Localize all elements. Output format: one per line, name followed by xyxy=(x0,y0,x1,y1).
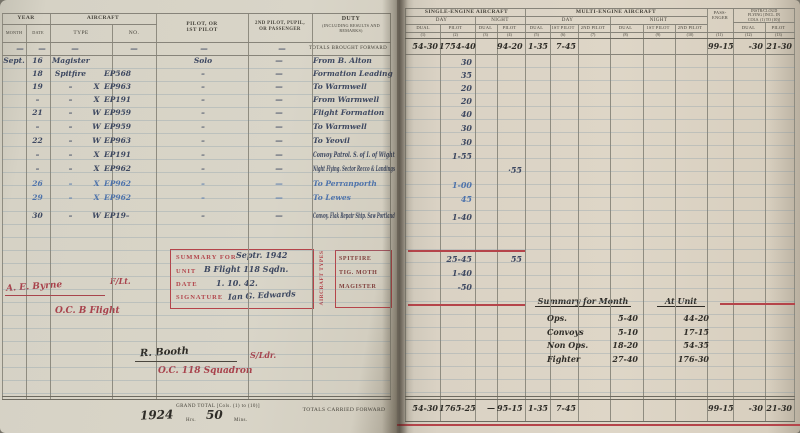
entry-second-pilot: — xyxy=(250,180,308,189)
entry-duty: To Warmwell xyxy=(313,83,395,92)
grand-total-mins: 50 xyxy=(206,409,223,423)
flight-time-value: 1-55 xyxy=(439,152,472,161)
entry-aircraft-no: EP963 xyxy=(104,137,154,146)
aircraft-types-label-box: AIRCRAFT TYPES xyxy=(311,250,333,306)
month-summary-at-unit-value: 54-35 xyxy=(654,341,709,350)
column-number: (8) xyxy=(610,33,641,38)
ruling-line xyxy=(405,236,795,237)
type-summary-value: -50 xyxy=(439,283,472,292)
table-bottom-line xyxy=(2,396,391,397)
column-number: (1) xyxy=(408,33,438,38)
month-summary-label: Convoys xyxy=(547,328,593,337)
month-summary-value: 27-40 xyxy=(594,355,638,364)
summary-for-value: Septr. 1942 xyxy=(236,251,287,260)
entry-date: 21 xyxy=(27,109,48,118)
entry-second-pilot: — xyxy=(250,57,308,66)
totals-brought-forward-value: 99-15 xyxy=(708,42,731,51)
column-sub-label: 2ND PILOT xyxy=(578,25,608,30)
entry-aircraft-no: EP959 xyxy=(104,123,154,132)
flight-time-value: 35 xyxy=(439,71,472,80)
column-number: (9) xyxy=(643,33,673,38)
entry-duty: Convoy Patrol. S. of I. of Wight xyxy=(313,151,365,160)
entry-duty: Convoy. Flak Repair Ship. Saw Portland xyxy=(313,212,354,221)
month-summary-at-unit-value: 17-15 xyxy=(654,328,709,337)
entry-pilot: – xyxy=(160,123,246,132)
month-subheader: MONTH xyxy=(2,31,26,36)
ruling-line xyxy=(2,302,390,303)
aircraft-type-entry: SPITFIRE xyxy=(339,256,389,263)
entry-aircraft-no: EP19– xyxy=(104,212,154,221)
entry-second-pilot: — xyxy=(250,109,308,118)
column-sub-label: PILOT xyxy=(439,25,472,30)
year-header: YEAR xyxy=(2,15,50,21)
grid-hline xyxy=(733,22,795,23)
grid-vline xyxy=(765,22,766,422)
duty-subheader: (INCLUDING RESULTS AND REMARKS) xyxy=(312,24,390,34)
month-summary-label: Ops. xyxy=(547,314,593,323)
column-sub-label: PILOT xyxy=(765,25,792,30)
entry-aircraft-type: Magister xyxy=(52,57,89,66)
totals-brought-forward-value: 54-30 xyxy=(408,42,438,51)
column-sub-label: DUAL xyxy=(476,25,495,30)
entry-date: 26 xyxy=(27,180,48,189)
column-number: (3) xyxy=(476,33,495,38)
entry-date: 18 xyxy=(27,70,48,79)
entry-pilot: – xyxy=(160,109,246,118)
table-bottom-line xyxy=(405,399,795,400)
flight-time-value: 30 xyxy=(439,138,472,147)
squadron-commander-signature: R. Booth xyxy=(140,346,190,360)
grid-vline xyxy=(405,8,406,422)
me-day-header: DAY xyxy=(525,18,610,24)
totals-carried-forward-value: 7-45 xyxy=(550,404,576,413)
ruling-line xyxy=(2,224,390,225)
ruling-line xyxy=(405,210,795,211)
squadron-commander-rank: S/Ldr. xyxy=(250,351,276,360)
column-sub-label: PILOT xyxy=(497,25,522,30)
entry-aircraft-type: – xyxy=(52,137,89,146)
column-number: (6) xyxy=(550,33,576,38)
flight-time-value: ·55 xyxy=(497,166,522,175)
entry-second-pilot: — xyxy=(250,194,308,203)
table-bottom-line xyxy=(405,396,795,397)
entry-aircraft-no: EP568 xyxy=(104,70,154,79)
entry-duty: To Warmwell xyxy=(313,123,395,132)
se-night-header: NIGHT xyxy=(475,18,525,24)
entry-aircraft-letter: X xyxy=(90,96,103,105)
table-bottom-line xyxy=(2,399,391,400)
ruling-line xyxy=(405,171,795,172)
instr-cloud-flying-header: INSTR/CLOUD FLYING [INCL. IN COLS. (1) T… xyxy=(733,9,795,23)
entry-aircraft-no: EP959 xyxy=(104,109,154,118)
entry-aircraft-type: Spitfire xyxy=(52,70,89,79)
ruling-line xyxy=(405,392,795,393)
grid-hline xyxy=(405,54,795,55)
column-sub-label: 1ST PILOT xyxy=(550,25,576,30)
entry-aircraft-type: – xyxy=(52,165,89,174)
grand-total-hours: 1924 xyxy=(140,408,174,423)
entry-aircraft-no: EP962 xyxy=(104,165,154,174)
date-label: DATE xyxy=(176,281,198,288)
column-number: (10) xyxy=(675,33,705,38)
entry-aircraft-letter: X xyxy=(90,194,103,203)
grid-hline xyxy=(405,38,795,39)
month-summary-label: Fighter xyxy=(547,355,593,364)
entry-aircraft-letter: X xyxy=(90,165,103,174)
totals-carried-forward-value: — xyxy=(476,404,495,413)
totals-brought-forward-value: 21-30 xyxy=(765,42,792,51)
logbook-scan: YEAR MONTH DATE AIRCRAFT TYPE NO. PILOT,… xyxy=(0,0,800,433)
entry-second-pilot: — xyxy=(250,83,308,92)
entry-aircraft-no: EP962 xyxy=(104,180,154,189)
flight-time-value: 20 xyxy=(439,97,472,106)
totals-carried-forward-value: 54-30 xyxy=(408,404,438,413)
grid-hline xyxy=(405,16,707,17)
ruling-line xyxy=(2,315,390,316)
totals-carried-forward-value: 95-15 xyxy=(497,404,522,413)
unit-value: B Flight 118 Sqdn. xyxy=(204,265,288,274)
unit-label: UNIT xyxy=(176,268,196,275)
red-summary-line xyxy=(408,250,525,252)
totals-carried-forward-value: 21-30 xyxy=(765,404,792,413)
aircraft-types-label: AIRCRAFT TYPES xyxy=(319,251,325,306)
entry-pilot: – xyxy=(160,165,246,174)
logbook-right-page: SINGLE-ENGINE AIRCRAFT MULTI-ENGINE AIRC… xyxy=(397,0,800,433)
brought-forward-dash: — xyxy=(14,45,26,54)
entry-duty: Flight Formation xyxy=(313,109,395,118)
summary-for-label: SUMMARY FOR xyxy=(176,254,237,261)
totals-carried-forward-value: -30 xyxy=(734,404,763,413)
entry-second-pilot: — xyxy=(250,151,308,160)
ruling-line xyxy=(2,237,390,238)
type-subheader: TYPE xyxy=(50,30,112,36)
totals-carried-forward-label: TOTALS CARRIED FORWARD xyxy=(298,407,390,413)
column-number: (4) xyxy=(497,33,522,38)
entry-aircraft-type: – xyxy=(52,194,89,203)
entry-duty: To Lewes xyxy=(313,194,395,203)
red-summary-line xyxy=(408,304,525,306)
entry-aircraft-letter: W xyxy=(90,137,103,146)
entry-date: 30 xyxy=(27,212,48,221)
single-engine-header: SINGLE-ENGINE AIRCRAFT xyxy=(408,9,525,15)
second-pilot-header: 2ND PILOT, PUPIL, OR PASSENGER xyxy=(248,21,312,32)
entry-second-pilot: — xyxy=(250,70,308,79)
entry-aircraft-letter: X xyxy=(90,180,103,189)
ruling-line xyxy=(405,366,795,367)
ruling-line xyxy=(405,379,795,380)
aircraft-type-entry: TIG. MOTH xyxy=(339,270,389,277)
brought-forward-dash: — xyxy=(128,45,140,54)
totals-carried-forward-value: 1765-25 xyxy=(439,404,472,413)
entry-date: 29 xyxy=(27,194,48,203)
entry-aircraft-no: EP191 xyxy=(104,151,154,160)
entry-date: – xyxy=(27,151,48,160)
flight-time-value: 45 xyxy=(439,195,472,204)
me-night-header: NIGHT xyxy=(610,18,707,24)
month-summary-value: 18-20 xyxy=(594,341,638,350)
hrs-label: Hrs. xyxy=(186,418,196,424)
flight-commander-signature: A. E. Byrne xyxy=(6,280,63,294)
duty-header: DUTY xyxy=(312,16,390,23)
totals-carried-forward-value: 1-35 xyxy=(525,404,548,413)
month-summary-at-unit-value: 176-30 xyxy=(654,355,709,364)
flight-time-value: 30 xyxy=(439,124,472,133)
grid-vline xyxy=(525,8,526,422)
brought-forward-dash: — xyxy=(36,45,48,54)
entry-aircraft-letter: X xyxy=(90,83,103,92)
entry-date: – xyxy=(27,123,48,132)
date-value: 1. 10. 42. xyxy=(216,279,258,288)
entry-aircraft-type: – xyxy=(52,151,89,160)
entry-aircraft-no: EP191 xyxy=(104,96,154,105)
entry-aircraft-letter: W xyxy=(90,109,103,118)
type-summary-value: 25-45 xyxy=(439,255,472,264)
mins-label: Mins. xyxy=(234,418,248,424)
logbook-left-page: YEAR MONTH DATE AIRCRAFT TYPE NO. PILOT,… xyxy=(0,0,397,433)
column-number: (5) xyxy=(525,33,548,38)
grid-vline xyxy=(733,8,734,422)
entry-month: Sept. xyxy=(3,57,25,66)
entry-pilot: – xyxy=(160,70,246,79)
signature-underline xyxy=(135,361,237,362)
red-total-line xyxy=(397,424,800,426)
entry-second-pilot: — xyxy=(250,123,308,132)
month-summary-value: 5-10 xyxy=(594,328,638,337)
type-summary-value: 1-40 xyxy=(439,269,472,278)
totals-brought-forward-value: -30 xyxy=(734,42,763,51)
month-summary-value: 5-40 xyxy=(594,314,638,323)
entry-date: – xyxy=(27,96,48,105)
ruling-line xyxy=(2,250,390,251)
column-number: (11) xyxy=(708,33,731,38)
entry-aircraft-no: EP963 xyxy=(104,83,154,92)
flight-commander-rank: F/Lt. xyxy=(110,277,131,286)
type-summary-value: 55 xyxy=(497,255,522,264)
entry-pilot: – xyxy=(160,194,246,203)
ruling-line xyxy=(2,341,390,342)
column-sub-label: 1ST PILOT xyxy=(643,25,673,30)
column-number: (13) xyxy=(765,33,792,38)
ruling-line xyxy=(2,354,390,355)
totals-brought-forward-value: 1-35 xyxy=(525,42,548,51)
totals-brought-forward-value: 1754-40 xyxy=(439,42,472,51)
entry-second-pilot: — xyxy=(250,96,308,105)
signature-label: SIGNATURE xyxy=(176,294,223,301)
red-summary-line xyxy=(720,303,795,305)
flight-time-value: 40 xyxy=(439,110,472,119)
entry-aircraft-type: – xyxy=(52,123,89,132)
entry-aircraft-no: EP962 xyxy=(104,194,154,203)
brought-forward-dash: — xyxy=(69,45,81,54)
entry-duty: To Yeovil xyxy=(313,137,395,146)
ruling-line xyxy=(2,393,390,394)
entry-aircraft-type: – xyxy=(52,83,89,92)
month-summary-label: Non Ops. xyxy=(547,341,593,350)
month-summary-at-unit-value: 44-20 xyxy=(654,314,709,323)
entry-duty: Formation Leading xyxy=(313,70,395,79)
date-subheader: DATE xyxy=(26,31,50,36)
grid-hline xyxy=(2,13,391,14)
grid-vline xyxy=(475,16,476,422)
ruling-line xyxy=(2,146,390,147)
entry-pilot: – xyxy=(160,151,246,160)
entry-aircraft-type: – xyxy=(52,109,89,118)
ruling-line xyxy=(2,120,390,121)
brought-forward-dash: — xyxy=(198,45,210,54)
totals-brought-forward-value: 94-20 xyxy=(497,42,522,51)
entry-aircraft-type: – xyxy=(52,212,89,221)
pilot-header: PILOT, OR 1ST PILOT xyxy=(156,21,248,34)
ruling-line xyxy=(2,133,390,134)
grid-hline xyxy=(405,8,795,9)
ruling-line xyxy=(2,328,390,329)
flight-time-value: 1-40 xyxy=(439,213,472,222)
entry-pilot: – xyxy=(160,137,246,146)
entry-pilot: – xyxy=(160,180,246,189)
entry-second-pilot: — xyxy=(250,212,308,221)
passenger-header: PASS- ENGER xyxy=(708,10,732,20)
entry-aircraft-type: – xyxy=(52,180,89,189)
totals-brought-forward-value: 7-45 xyxy=(550,42,576,51)
ruling-line xyxy=(2,367,390,368)
column-number: (7) xyxy=(578,33,608,38)
grid-hline xyxy=(2,42,391,43)
totals-brought-forward-label: TOTALS BROUGHT FORWARD xyxy=(308,46,388,52)
grid-hline xyxy=(2,24,157,25)
column-number: (2) xyxy=(439,33,472,38)
column-sub-label: DUAL xyxy=(525,25,548,30)
ruling-line xyxy=(405,301,795,302)
entry-pilot: – xyxy=(160,212,246,221)
aircraft-header: AIRCRAFT xyxy=(50,15,156,21)
signature-underline xyxy=(5,295,105,296)
entry-aircraft-letter: X xyxy=(90,151,103,160)
table-bottom-line xyxy=(405,421,795,422)
aircraft-type-entry: MAGISTER xyxy=(339,284,389,291)
ruling-line xyxy=(2,380,390,381)
at-unit-title: At Unit xyxy=(657,297,705,307)
entry-pilot: – xyxy=(160,96,246,105)
entry-duty: Night Flying. Sector Recco & Landings xyxy=(313,165,354,174)
column-sub-label: DUAL xyxy=(734,25,763,30)
entry-duty: To Perranporth xyxy=(313,180,395,189)
no-subheader: NO. xyxy=(112,30,156,36)
entry-duty: From B. Alton xyxy=(313,57,395,66)
multi-engine-header: MULTI-ENGINE AIRCRAFT xyxy=(525,9,707,15)
ruling-line xyxy=(2,263,390,264)
flight-time-value: 1-00 xyxy=(439,181,472,190)
column-sub-label: DUAL xyxy=(610,25,641,30)
entry-pilot: Solo xyxy=(160,57,246,66)
entry-pilot: – xyxy=(160,83,246,92)
entry-date: 16 xyxy=(27,57,48,66)
column-sub-label: DUAL xyxy=(408,25,438,30)
se-day-header: DAY xyxy=(408,18,475,24)
ruling-line xyxy=(405,223,795,224)
entry-date: 19 xyxy=(27,83,48,92)
column-number: (12) xyxy=(734,33,763,38)
entry-second-pilot: — xyxy=(250,165,308,174)
ruling-line xyxy=(2,276,390,277)
entry-duty: From Warmwell xyxy=(313,96,395,105)
ruling-line xyxy=(2,289,390,290)
entry-second-pilot: — xyxy=(250,137,308,146)
flight-time-value: 20 xyxy=(439,84,472,93)
entry-date: 22 xyxy=(27,137,48,146)
grid-vline xyxy=(794,8,795,422)
entry-aircraft-type: – xyxy=(52,96,89,105)
entry-aircraft-letter: W xyxy=(90,123,103,132)
totals-carried-forward-value: 99-15 xyxy=(708,404,731,413)
flight-time-value: 30 xyxy=(439,58,472,67)
entry-date: – xyxy=(27,165,48,174)
column-sub-label: 2ND PILOT xyxy=(675,25,705,30)
brought-forward-dash: — xyxy=(276,45,288,54)
entry-aircraft-letter: W xyxy=(90,212,103,221)
